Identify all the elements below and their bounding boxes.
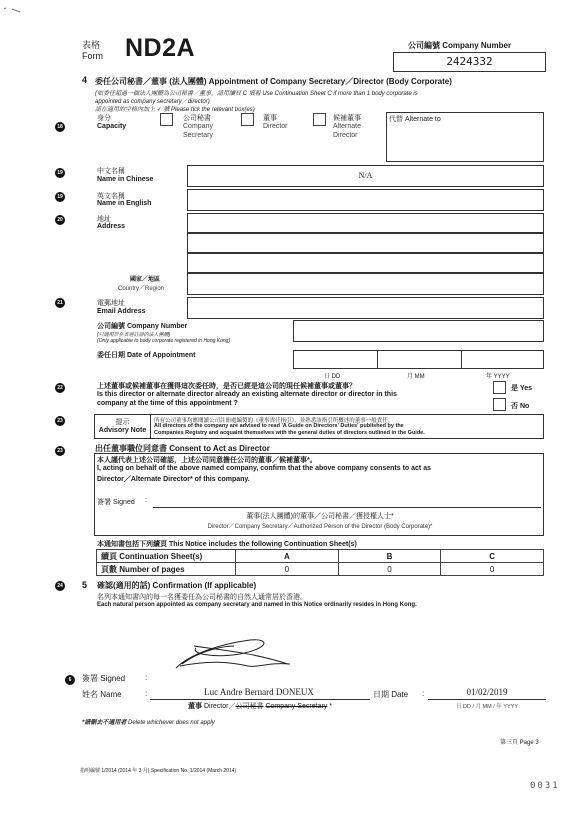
marker-18-icon: 18 — [55, 122, 65, 132]
body-company-number-note-zh: (只適用於在香港註冊的法人團體) — [97, 331, 170, 338]
page-number: 第三頁 Page 3 — [500, 737, 539, 746]
name-chinese-label-zh: 中文名稱 — [97, 166, 125, 176]
marker-19b-icon: 19 — [55, 192, 65, 202]
appointment-month-field[interactable] — [377, 350, 462, 369]
capacity-label-zh: 身分 — [97, 113, 111, 123]
consent-text-en-2: Director／Alternate Director* of this com… — [97, 474, 250, 484]
country-label-en: Country／Region — [118, 283, 164, 292]
tick-instruction: 請在適用的空格內加上 ✓ 號 Please tick the relevant … — [95, 104, 255, 113]
advisory-label-cell: 提示 Advisory Note — [95, 415, 151, 438]
role-director-en: Director — [204, 703, 229, 710]
advisory-label-en: Advisory Note — [95, 427, 150, 434]
specification-note: 指明編號 1/2014 (2014 年 3 月) Specification N… — [80, 767, 236, 774]
date-of-appointment-label: 委任日期 Date of Appointment — [97, 350, 196, 360]
table-row: 續頁 Continuation Sheet(s) A B C — [97, 550, 544, 563]
capacity-option-3-en2: Director — [333, 132, 358, 139]
capacity-company-secretary-checkbox[interactable] — [160, 113, 173, 126]
existing-question-en-2: company at the time of this appointment … — [97, 400, 238, 407]
section5-number: 5 — [82, 580, 87, 590]
date-format: 日 DD / 月 MM / 年 YYYY — [428, 702, 546, 710]
name-chinese-value: N/A — [359, 171, 373, 180]
consent-text-zh: 本人謹代表上述公司確認，上述公司同意擔任公司的董事／候補董事*。 — [97, 455, 317, 465]
consent-signed-colon: : — [145, 497, 147, 504]
name-english-label-en: Name in English — [97, 200, 151, 207]
name-chinese-label-en: Name in Chinese — [97, 176, 153, 183]
delete-note-zh: *請刪去不適用者 — [82, 720, 126, 726]
continuation-title: 本通知書包括下列續頁 This Notice includes the foll… — [97, 539, 357, 549]
existing-yes-checkbox[interactable] — [493, 381, 506, 394]
role-secretary-zh: 公司秘書 — [235, 703, 263, 710]
form-code: ND2A — [125, 34, 195, 63]
name-label: 姓名 Name — [82, 689, 122, 700]
advisory-box: 提示 Advisory Note 所有公司董事均應閱讀公司註冊處編製的《董事責任… — [94, 414, 544, 439]
role-secretary-en: Company Secretary — [265, 703, 327, 710]
pages-row-label: 頁數 Number of pages — [97, 563, 236, 576]
date-label: 日期 Date — [373, 689, 408, 700]
existing-no-checkbox[interactable] — [493, 398, 506, 411]
form-label-en: Form — [82, 51, 103, 61]
capacity-alternate-director-checkbox[interactable] — [313, 113, 326, 126]
signature-image — [170, 636, 310, 672]
section5-title: 確認(適用的話) Confirmation (If applicable) — [97, 580, 256, 591]
consent-signer-en: Director／Company Secretary／Authorized Pe… — [95, 521, 545, 530]
section4-number: 4 — [82, 75, 87, 85]
sheet-a-name: A — [236, 550, 339, 563]
company-number-label: 公司編號 Company Number — [408, 40, 511, 51]
alternate-to-field[interactable]: 代替 Alternate to — [386, 112, 544, 162]
email-field[interactable] — [187, 297, 544, 319]
address-line-1-field[interactable] — [187, 213, 544, 233]
sheet-a-pages[interactable]: 0 — [236, 563, 339, 576]
existing-question-zh: 上述董事或候補董事在獲得這次委任時，是否已經是這公司的現任候補董事或董事？ — [97, 381, 356, 391]
existing-no-label: 否 No — [511, 401, 529, 411]
company-number-value: 2424332 — [446, 55, 492, 68]
consent-box: 本人謹代表上述公司確認，上述公司同意擔任公司的董事／候補董事*。 I, acti… — [94, 453, 544, 536]
advisory-label-zh: 提示 — [95, 417, 150, 427]
sheet-b-name: B — [338, 550, 441, 563]
marker-6-icon: 6 — [65, 675, 75, 685]
scan-mark — [2, 2, 22, 8]
name-chinese-field[interactable]: N/A — [187, 165, 544, 187]
mm-label: 月 MM — [407, 371, 425, 380]
sheet-c-name: C — [441, 550, 544, 563]
section5-text-en: Each natural person appointed as company… — [97, 602, 417, 608]
capacity-option-3-zh: 候補董事 — [333, 113, 361, 123]
sheet-c-pages[interactable]: 0 — [441, 563, 544, 576]
address-label-en: Address — [97, 223, 125, 230]
capacity-director-checkbox[interactable] — [241, 113, 254, 126]
body-company-number-note-en: (Only applicable to body corporate regis… — [97, 338, 230, 344]
existing-yes-label: 是 Yes — [511, 383, 532, 393]
section5-text-zh: 名列本通知書內的每一名獲委任為公司秘書的自然人通常居於香港。 — [97, 592, 307, 602]
company-number-field[interactable]: 2424332 — [393, 52, 546, 72]
capacity-option-2-zh: 董事 — [263, 113, 277, 123]
table-row: 頁數 Number of pages 0 0 0 — [97, 563, 544, 576]
name-english-field[interactable] — [187, 189, 544, 211]
form-label-zh: 表格 — [82, 38, 100, 51]
consent-signature-line[interactable] — [153, 507, 541, 508]
consent-text-en-1: I, acting on behalf of the above named c… — [97, 465, 431, 472]
marker-19-icon: 19 — [55, 168, 65, 178]
address-line-3-field[interactable] — [187, 253, 544, 273]
marker-22-icon: 22 — [55, 383, 65, 393]
dd-label: 日 DD — [324, 371, 340, 380]
appointment-day-field[interactable] — [293, 350, 378, 369]
name-line[interactable] — [150, 699, 370, 700]
stamp-number: 0031 — [530, 781, 560, 791]
section4-title: 委任公司秘書／董事 (法人團體) Appointment of Company … — [95, 76, 452, 87]
email-label-zh: 電郵地址 — [97, 298, 125, 308]
capacity-option-2-en1: Director — [263, 123, 288, 130]
signed-colon: : — [145, 673, 147, 682]
advisory-text-en-2: Companies Registry and acquaint themselv… — [154, 430, 425, 436]
email-label-en: Email Address — [97, 308, 145, 315]
name-colon: : — [145, 689, 147, 698]
marker-20-icon: 20 — [55, 215, 65, 225]
alternate-to-label: 代替 Alternate to — [389, 114, 441, 124]
country-label-zh: 國家／地區 — [130, 274, 160, 283]
continuation-row-label: 續頁 Continuation Sheet(s) — [97, 550, 236, 563]
capacity-option-1-en1: Company — [183, 123, 213, 130]
body-company-number-field[interactable] — [293, 320, 544, 342]
address-line-2-field[interactable] — [187, 233, 544, 253]
capacity-label-en: Capacity — [97, 123, 126, 130]
consent-signer-zh: 董事(法人團體)的董事／公司秘書／獲授權人士* — [95, 511, 545, 521]
marker-21-icon: 21 — [55, 298, 65, 308]
date-colon: : — [422, 689, 424, 698]
role-director-zh: 董事 — [188, 703, 202, 710]
date-line[interactable] — [428, 699, 546, 700]
continuation-table: 續頁 Continuation Sheet(s) A B C 頁數 Number… — [96, 549, 544, 576]
delete-note-en: Delete whichever does not apply — [128, 720, 215, 726]
marker-23-icon: 23 — [55, 416, 65, 426]
body-company-number-label: 公司編號 Company Number — [97, 321, 187, 331]
advisory-text-en-1: All directors of the company are advised… — [154, 423, 404, 429]
marker-24-icon: 24 — [55, 581, 65, 591]
role-line: 董事 Director／公司秘書 Company Secretary * — [150, 701, 370, 711]
signed-label: 簽署 Signed — [82, 673, 125, 684]
capacity-option-1-en2: Secretary — [183, 132, 213, 139]
date-value: 01/02/2019 — [428, 687, 546, 697]
capacity-option-1-zh: 公司秘書 — [183, 113, 211, 123]
existing-question-en-1: Is this director or alternate director a… — [97, 391, 397, 398]
appointment-year-field[interactable] — [461, 350, 544, 369]
capacity-option-3-en1: Alternate — [333, 123, 361, 130]
marker-23b-icon: 23 — [55, 446, 65, 456]
name-value: Luc Andre Bernard DONEUX — [148, 687, 370, 697]
consent-signed-label: 簽署 Signed — [97, 497, 135, 507]
delete-note: *請刪去不適用者 Delete whichever does not apply — [82, 717, 215, 726]
role-suffix: * — [329, 703, 332, 710]
sheet-b-pages[interactable]: 0 — [338, 563, 441, 576]
country-field[interactable] — [187, 273, 544, 295]
yyyy-label: 年 YYYY — [486, 371, 510, 380]
